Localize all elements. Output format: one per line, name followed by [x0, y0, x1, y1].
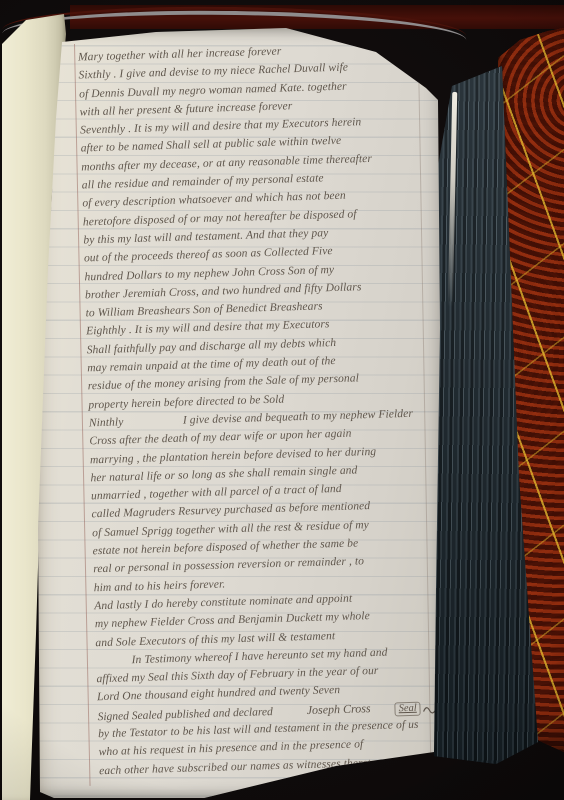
- seal-mark: Seal: [394, 701, 438, 716]
- manuscript-page: Mary together with all her increase fore…: [36, 28, 446, 798]
- manuscript-lines-bottom: by the Testator to be his last will and …: [98, 715, 455, 780]
- scanned-book-photo: Mary together with all her increase fore…: [0, 0, 564, 800]
- manuscript-text: Mary together with all her increase fore…: [78, 38, 456, 780]
- manuscript-lines: Mary together with all her increase fore…: [78, 38, 453, 707]
- seal-label: Seal: [394, 701, 420, 716]
- testator-signature: Joseph Cross: [306, 699, 370, 719]
